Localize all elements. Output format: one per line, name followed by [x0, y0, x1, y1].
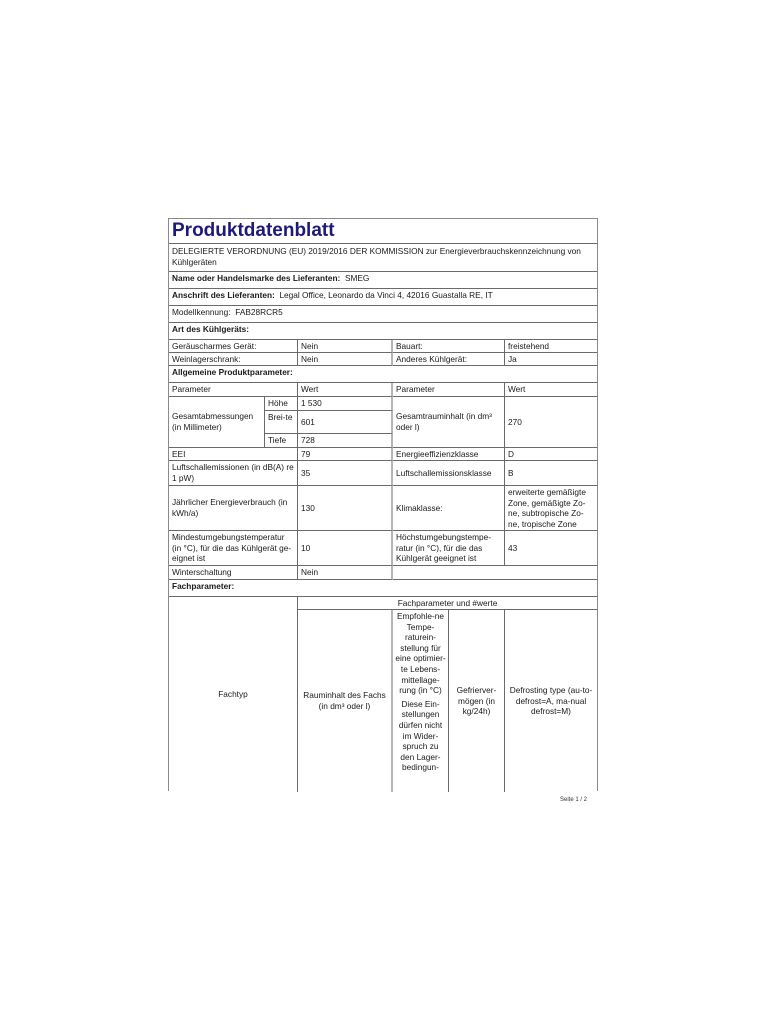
winter-label: Winterschaltung: [169, 566, 298, 580]
annual-energy-label: Jährlicher Energieverbrauch (in kWh/a): [169, 486, 298, 531]
design-label: Bauart:: [393, 340, 505, 353]
depth-value: 728: [298, 434, 393, 448]
product-data-sheet: Produktdatenblatt DELEGIERTE VERORDNUNG …: [168, 218, 598, 791]
model-label: Modellkennung:: [172, 307, 231, 317]
supplier-name-label: Name oder Handelsmarke des Lieferanten:: [172, 273, 340, 283]
noise-class-value: B: [505, 461, 597, 486]
depth-label: Tiefe: [265, 434, 298, 448]
appliance-type-heading: Art des Kühlgeräts:: [169, 323, 597, 340]
page-number: Seite 1 / 2: [560, 797, 587, 803]
total-volume-label: Gesamtrauminhalt (in dm³ oder l): [393, 397, 505, 448]
supplier-address-label: Anschrift des Lieferanten:: [172, 290, 275, 300]
total-volume-value: 270: [505, 397, 597, 448]
compartment-params-heading: Fachparameter:: [169, 580, 597, 597]
header-value-1: Wert: [298, 383, 393, 397]
temp-header-text: Empfohle-ne Tempe-raturein-stellung für …: [395, 611, 446, 696]
compartment-type-header: Fachtyp: [169, 597, 298, 792]
climate-class-value: erweiterte gemäßigte Zone, gemäßigte Zo-…: [505, 486, 597, 531]
header-parameter-2: Parameter: [393, 383, 505, 397]
winter-value: Nein: [298, 566, 393, 580]
supplier-name: SMEG: [345, 273, 369, 283]
general-params-heading: Allgemeine Produktparameter:: [169, 366, 597, 383]
noise-class-label: Luftschallemissionsklasse: [393, 461, 505, 486]
regulation-text: DELEGIERTE VERORDNUNG (EU) 2019/2016 DER…: [169, 244, 597, 272]
noise-value: 35: [298, 461, 393, 486]
compartment-volume-header: Rauminhalt des Fachs (in dm³ oder l): [298, 610, 393, 792]
compartment-group-header: Fachparameter und #werte: [298, 597, 597, 610]
max-temp-label: Höchstumgebungstempe-ratur (in °C), für …: [393, 531, 505, 566]
supplier-name-row: Name oder Handelsmarke des Lieferanten: …: [169, 272, 597, 289]
supplier-address: Legal Office, Leonardo da Vinci 4, 42016…: [279, 290, 492, 300]
temp-header-note: Diese Ein-stellungen dürfen nicht im Wid…: [395, 699, 446, 773]
compartment-temp-header: Empfohle-ne Tempe-raturein-stellung für …: [393, 610, 449, 792]
model-row: Modellkennung: FAB28RCR5: [169, 306, 597, 323]
header-parameter-1: Parameter: [169, 383, 298, 397]
page-title: Produktdatenblatt: [169, 219, 597, 244]
height-value: 1 530: [298, 397, 393, 411]
low-noise-value: Nein: [298, 340, 393, 353]
energy-class-label: Energieeffizienzklasse: [393, 448, 505, 461]
annual-energy-value: 130: [298, 486, 393, 531]
header-value-2: Wert: [505, 383, 597, 397]
eei-value: 79: [298, 448, 393, 461]
width-value: 601: [298, 411, 393, 434]
wine-value: Nein: [298, 353, 393, 366]
min-temp-label: Mindestumgebungstemperatur (in °C), für …: [169, 531, 298, 566]
design-value: freistehend: [505, 340, 597, 353]
other-label: Anderes Kühlgerät:: [393, 353, 505, 366]
wine-label: Weinlagerschrank:: [169, 353, 298, 366]
model-id: FAB28RCR5: [235, 307, 283, 317]
compartment-defrost-header: Defrosting type (au-to-defrost=A, ma-nua…: [505, 610, 597, 792]
max-temp-value: 43: [505, 531, 597, 566]
energy-class-value: D: [505, 448, 597, 461]
width-label: Brei-te: [265, 411, 298, 434]
compartment-freeze-header: Gefrierver-mögen (in kg/24h): [449, 610, 505, 792]
low-noise-label: Geräuscharmes Gerät:: [169, 340, 298, 353]
eei-label: EEI: [169, 448, 298, 461]
other-value: Ja: [505, 353, 597, 366]
noise-label: Luftschallemissionen (in dB(A) re 1 pW): [169, 461, 298, 486]
min-temp-value: 10: [298, 531, 393, 566]
winter-empty: [393, 566, 597, 580]
supplier-address-row: Anschrift des Lieferanten: Legal Office,…: [169, 289, 597, 306]
dimensions-label: Gesamtabmessungen (in Millimeter): [169, 397, 265, 448]
climate-class-label: Klimaklasse:: [393, 486, 505, 531]
height-label: Höhe: [265, 397, 298, 411]
